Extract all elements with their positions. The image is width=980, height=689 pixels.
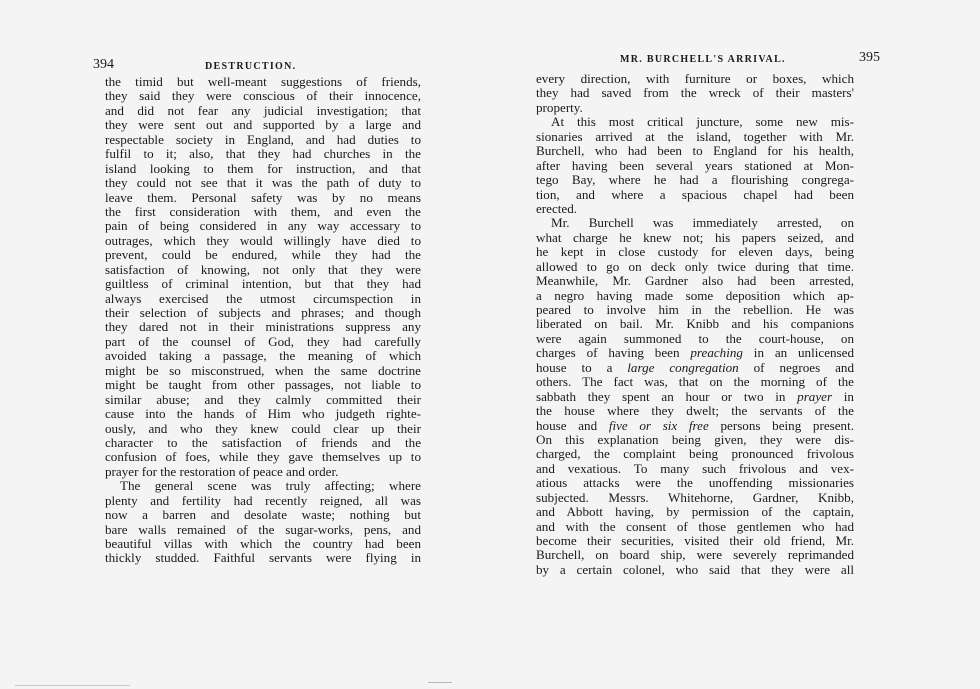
text-line: now a barren and desolate waste; nothing… [105, 508, 421, 522]
text-run: erected. [536, 201, 577, 216]
text-line: they were sent out and supported by a la… [105, 118, 421, 132]
text-run: peared to involve him in the rebellion. … [536, 302, 854, 317]
text-run: charged, the complaint being pronounced … [536, 446, 854, 461]
text-run: Mr. Burchell was immediately arrested, o… [551, 215, 854, 230]
text-line: tion, and where a spacious chapel had be… [536, 188, 854, 202]
text-run: sabbath they spent an hour or two in [536, 389, 797, 404]
italic-emphasis: prayer [797, 389, 832, 404]
text-run: by a certain colonel, who said that they… [536, 562, 854, 577]
text-run: subjected. Messrs. Whitehorne, Gardner, … [536, 490, 854, 505]
text-line: The general scene was truly affecting; w… [105, 479, 421, 493]
text-line: what charge he knew not; his papers seiz… [536, 231, 854, 245]
text-run: property. [536, 100, 583, 115]
text-line: tego Bay, where he had a flourishing con… [536, 173, 854, 187]
text-run: tego Bay, where he had a flourishing con… [536, 172, 854, 187]
text-run: what charge he knew not; his papers seiz… [536, 230, 854, 245]
right-body-text: every direction, with furniture or boxes… [536, 72, 854, 577]
text-line: respectable society in England, and had … [105, 133, 421, 147]
text-run: allowed to go on deck only twice during … [536, 259, 854, 274]
text-run: Meanwhile, Mr. Gardner also had been arr… [536, 273, 854, 288]
text-line: charges of having been preaching in an u… [536, 346, 854, 360]
text-line: might be so misconstrued, when the same … [105, 364, 421, 378]
text-line: a negro having made some deposition whic… [536, 289, 854, 303]
text-line: and did not fear any judicial investigat… [105, 104, 421, 118]
text-run: At this most critical juncture, some new… [551, 114, 854, 129]
text-run: become their securities, visited their o… [536, 533, 854, 548]
text-line: outrages, which they would willingly hav… [105, 234, 421, 248]
text-line: prevent, could be endured, while they ha… [105, 248, 421, 262]
text-line: others. The fact was, that on the mornin… [536, 375, 854, 389]
text-run: atious attacks were the unoffending miss… [536, 475, 854, 490]
text-run: and with the consent of those gentlemen … [536, 519, 854, 534]
text-line: similar abuse; and they calmly committed… [105, 393, 421, 407]
text-line: island looking to them for instruction, … [105, 162, 421, 176]
text-line: avoided taking a passage, the meaning of… [105, 349, 421, 363]
text-run: persons being present. [709, 418, 854, 433]
right-running-head: MR. BURCHELL'S ARRIVAL. 395 [536, 50, 854, 66]
text-line: house to a large congregation of negroes… [536, 361, 854, 375]
text-line: house and five or six free persons being… [536, 419, 854, 433]
right-page-number: 395 [859, 50, 880, 66]
text-run: of negroes and [739, 360, 854, 375]
text-run: the house where they dwelt; the servants… [536, 403, 854, 418]
left-page-number: 394 [93, 57, 114, 73]
text-line: Mr. Burchell was immediately arrested, o… [536, 216, 854, 230]
text-line: Burchell, on board ship, were severely r… [536, 548, 854, 562]
text-line: after having been several years statione… [536, 159, 854, 173]
italic-emphasis: five or six free [609, 418, 709, 433]
text-run: and Abbott having, by permission of the … [536, 504, 854, 519]
text-line: pain of being considered in any way acce… [105, 219, 421, 233]
text-line: the first consideration with them, and e… [105, 205, 421, 219]
text-line: confusion of foes, while they gave thems… [105, 450, 421, 464]
text-run: a negro having made some deposition whic… [536, 288, 854, 303]
left-running-title: DESTRUCTION. [205, 59, 296, 75]
text-line: might be taught from other passages, not… [105, 378, 421, 392]
text-run: Burchell, who had been to England for hi… [536, 143, 854, 158]
text-line: bare walls remained of the sugar-works, … [105, 523, 421, 537]
text-line: become their securities, visited their o… [536, 534, 854, 548]
text-line: the house where they dwelt; the servants… [536, 404, 854, 418]
text-line: guiltless of criminal intention, but tha… [105, 277, 421, 291]
text-run: On this explanation being given, they we… [536, 432, 854, 447]
scan-artifact-line [428, 682, 452, 683]
text-line: leave them. Personal safety was by no me… [105, 191, 421, 205]
text-line: On this explanation being given, they we… [536, 433, 854, 447]
text-run: he kept in close custody for eleven days… [536, 244, 854, 259]
text-run: after having been several years statione… [536, 158, 854, 173]
text-line: prayer for the restoration of peace and … [105, 465, 421, 479]
italic-emphasis: preaching [690, 345, 743, 360]
text-line: sabbath they spent an hour or two in pra… [536, 390, 854, 404]
text-line: the timid but well-meant suggestions of … [105, 75, 421, 89]
text-line: erected. [536, 202, 854, 216]
text-line: every direction, with furniture or boxes… [536, 72, 854, 86]
text-line: they had saved from the wreck of their m… [536, 86, 854, 100]
text-line: fulfil to it; also, that they had church… [105, 147, 421, 161]
text-run: house and [536, 418, 609, 433]
text-run: liberated on bail. Mr. Knibb and his com… [536, 316, 854, 331]
text-line: sionaries arrived at the island, togethe… [536, 130, 854, 144]
text-run: and vexatious. To many such frivolous an… [536, 461, 854, 476]
text-run: in [832, 389, 854, 404]
text-line: charged, the complaint being pronounced … [536, 447, 854, 461]
text-line: they could not see that it was the path … [105, 176, 421, 190]
text-run: Burchell, on board ship, were severely r… [536, 547, 854, 562]
text-run: tion, and where a spacious chapel had be… [536, 187, 854, 202]
text-line: subjected. Messrs. Whitehorne, Gardner, … [536, 491, 854, 505]
text-line: peared to involve him in the rebellion. … [536, 303, 854, 317]
text-line: they dared not in their ministrations su… [105, 320, 421, 334]
text-line: Meanwhile, Mr. Gardner also had been arr… [536, 274, 854, 288]
text-line: and vexatious. To many such frivolous an… [536, 462, 854, 476]
text-line: beautiful villas with which the country … [105, 537, 421, 551]
text-line: he kept in close custody for eleven days… [536, 245, 854, 259]
text-line: plenty and fertility had recently reigne… [105, 494, 421, 508]
text-line: and with the consent of those gentlemen … [536, 520, 854, 534]
text-line: their selection of subjects and phrases;… [105, 306, 421, 320]
text-run: charges of having been [536, 345, 690, 360]
right-running-title: MR. BURCHELL'S ARRIVAL. [620, 52, 786, 68]
text-line: they said they were conscious of their i… [105, 89, 421, 103]
scan-artifact-mark [15, 685, 130, 686]
text-line: ously, and who they knew could clear up … [105, 422, 421, 436]
text-run: every direction, with furniture or boxes… [536, 71, 854, 86]
text-run: sionaries arrived at the island, togethe… [536, 129, 854, 144]
italic-emphasis: large congregation [627, 360, 738, 375]
text-line: were again summoned to the court-house, … [536, 332, 854, 346]
text-line: thickly studded. Faithful servants were … [105, 551, 421, 565]
left-running-head: 394 DESTRUCTION. [105, 57, 421, 73]
text-run: were again summoned to the court-house, … [536, 331, 854, 346]
text-line: and Abbott having, by permission of the … [536, 505, 854, 519]
text-line: allowed to go on deck only twice during … [536, 260, 854, 274]
text-run: house to a [536, 360, 627, 375]
text-line: atious attacks were the unoffending miss… [536, 476, 854, 490]
text-line: part of the counsel of God, they had car… [105, 335, 421, 349]
text-run: they had saved from the wreck of their m… [536, 85, 854, 100]
text-run: others. The fact was, that on the mornin… [536, 374, 854, 389]
text-run: in an unlicensed [743, 345, 854, 360]
text-line: Burchell, who had been to England for hi… [536, 144, 854, 158]
text-line: satisfaction of knowing, not only that t… [105, 263, 421, 277]
text-line: always exercised the utmost circumspecti… [105, 292, 421, 306]
left-body-text: the timid but well-meant suggestions of … [105, 75, 421, 566]
text-line: character to the satisfaction of friends… [105, 436, 421, 450]
text-line: At this most critical juncture, some new… [536, 115, 854, 129]
text-line: liberated on bail. Mr. Knibb and his com… [536, 317, 854, 331]
text-line: by a certain colonel, who said that they… [536, 563, 854, 577]
text-line: property. [536, 101, 854, 115]
text-line: cause into the hands of Him who judgeth … [105, 407, 421, 421]
